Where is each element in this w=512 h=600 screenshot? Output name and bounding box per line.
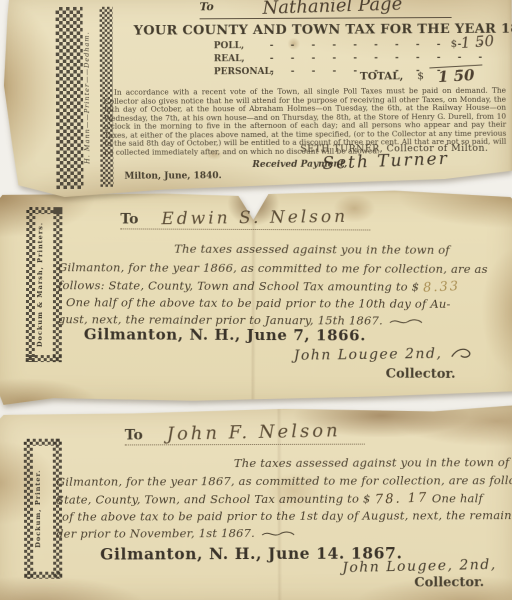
to-label: To [199,0,213,17]
body-text: der prior to November, 1st 1867. [56,526,255,541]
ornament-border-icon: Dockum & Marsh, Printers. [26,207,63,362]
recipient-name: Edwin S. Nelson [161,207,348,229]
row-label: PERSONAL, [214,67,270,77]
signature-text: John Lougee 2nd, [294,346,443,364]
currency-symbol: $ [451,39,457,50]
body-line: of the above tax to be paid prior to the… [62,508,512,524]
dateline: Milton, June, 1840. [124,171,221,182]
ornament-border-icon [56,7,84,189]
body-line: Gilmanton, for the year 1867, as committ… [56,473,512,489]
total-line: TOTAL, $ 1 50 [360,70,483,86]
body-text: State, County, Town, and School Tax amou… [56,492,371,507]
pen-flourish-icon [450,346,476,360]
handwritten-total: 1 50 [429,64,483,86]
recipient-line: To Nathaniel Page [199,0,451,19]
body-text: follows: State, County, Town and School … [58,278,419,294]
tax-notice-gilmanton-1866: Dockum & Marsh, Printers. To Edwin S. Ne… [0,189,512,409]
poll-amount: $1 50 [451,33,495,51]
handwritten-amount: 8.33 [423,279,461,296]
row-label: REAL, [214,54,270,64]
tax-row-poll: POLL, - - - - - - - - - - - [214,40,483,51]
signature: John Lougee, 2nd, [342,557,497,576]
collector-label: Collector. [386,367,456,382]
tax-notice-gilmanton-1867: Dockum, Printer. To John F. Nelson The t… [0,405,512,600]
currency-symbol: $ [417,70,424,82]
handwritten-amount: 1 50 [460,32,495,52]
pen-flourish-icon [261,529,295,539]
printer-credit: Dockum, Printer. [34,447,50,571]
scanned-tax-documents: H. Mann——Printer——Dedham. To Nathaniel P… [0,0,512,600]
body-line: The taxes assessed against you in the to… [174,242,450,257]
ornament-border-icon: Dockum, Printer. [24,439,62,579]
recipient-name: John F. Nelson [167,420,341,445]
to-label: To [125,427,143,443]
body-line: follows: State, County, Town and School … [58,278,460,295]
body-text: One half [432,491,483,505]
body-line: State, County, Town, and School Tax amou… [56,491,483,507]
pen-flourish-icon [389,317,423,327]
collector-label: Collector. [414,575,484,590]
handwritten-amount: 78. 17 [374,490,428,507]
body-line: One half of the above tax to be paid pri… [66,295,451,311]
recipient-line: To John F. Nelson [125,422,365,446]
to-label: To [120,211,138,227]
dateline: Gilmanton, N. H., June 7, 1866. [84,325,366,344]
body-line: The taxes assessed against you in the to… [234,455,510,470]
body-line: der prior to November, 1st 1867. [56,526,295,541]
leader-dashes: - - - - - - - - - - - [270,53,483,64]
row-label: POLL, [214,41,270,51]
total-label: TOTAL, [360,70,403,82]
printer-credit: Dockum & Marsh, Printers. [36,215,53,354]
signature: John Lougee 2nd, [294,345,477,363]
tax-row-real: REAL, - - - - - - - - - - - [214,53,483,64]
tax-bill-milton-1840: H. Mann——Printer——Dedham. To Nathaniel P… [3,0,512,199]
recipient-name: Nathaniel Page [263,0,403,19]
recipient-line: To Edwin S. Nelson [120,207,370,230]
printer-credit: H. Mann——Printer——Dedham. [83,9,100,187]
body-line: Gilmanton, for the year 1866, as committ… [58,260,488,276]
